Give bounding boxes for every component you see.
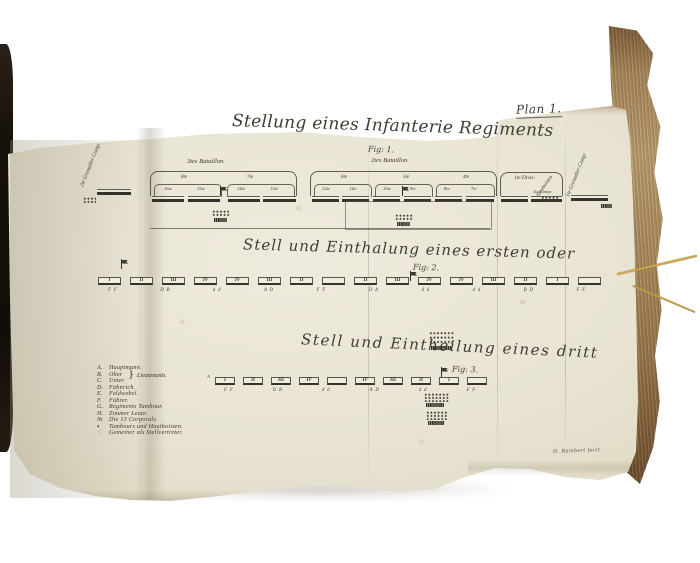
guide-letters: A D bbox=[370, 389, 380, 394]
guide-letters: B D bbox=[524, 289, 534, 294]
company-label: 14te bbox=[237, 187, 245, 192]
grenadier-left-label: 2te Grenadier Comp: bbox=[80, 142, 103, 188]
base-line bbox=[150, 228, 490, 229]
grenadier-right-label: 1te Grenadier Comp: bbox=[566, 152, 589, 198]
platoon-box: III bbox=[271, 377, 291, 385]
guide-letters: d d bbox=[213, 289, 221, 294]
platoon-box: III bbox=[383, 377, 403, 385]
fig2-title: Stell und Einthalung eines ersten oder bbox=[243, 235, 576, 262]
company-bar bbox=[312, 196, 339, 202]
colour-flag-icon bbox=[441, 367, 449, 377]
company-label: 13te bbox=[270, 187, 278, 192]
platoon-box: III bbox=[258, 277, 281, 285]
troop-dots-icon bbox=[83, 197, 96, 203]
tambour-block-icon bbox=[214, 218, 227, 222]
engraver-signature: H. Rambert fecit. bbox=[553, 447, 602, 455]
fig1-title: Stellung eines Infanterie Regiments bbox=[232, 111, 554, 141]
division-label: 6te bbox=[341, 175, 347, 180]
tambour-block-icon bbox=[601, 204, 612, 208]
platoon-box bbox=[467, 377, 487, 385]
troop-dots-icon bbox=[426, 411, 448, 420]
platoon-box: IV bbox=[355, 377, 375, 385]
guide-letters: d d bbox=[422, 289, 430, 294]
platoon-box: IV bbox=[194, 277, 217, 285]
platoon-box: IV bbox=[450, 277, 473, 285]
company-label: 8te bbox=[444, 187, 450, 192]
legend-label: Gemeiner als Stellvertreter. bbox=[109, 430, 183, 437]
guide-letters: d d bbox=[322, 389, 330, 394]
platoon-box: I bbox=[98, 277, 121, 285]
tambour-block-icon bbox=[428, 421, 444, 425]
platoon-box: IV bbox=[226, 277, 249, 285]
troop-dots-icon bbox=[212, 210, 230, 217]
company-bar bbox=[97, 189, 131, 195]
engraved-plate-content: Plan 1. Stellung eines Infanterie Regime… bbox=[0, 0, 700, 563]
platoon-box: IV bbox=[299, 377, 319, 385]
guide-letters: D B bbox=[160, 289, 170, 294]
division1-bracket: 1te Divis: bbox=[500, 172, 563, 196]
fig3-row: IIIIIIIVIVIIIIII bbox=[215, 377, 487, 385]
company-label: 9te bbox=[410, 187, 416, 192]
platoon-box: III bbox=[482, 277, 505, 285]
platoon-box: II bbox=[354, 277, 377, 285]
fig2-row: IIIIIIIVIVIIIIIIIIIIIVIVIIIIII bbox=[98, 277, 601, 285]
division-label: 5te bbox=[403, 175, 409, 180]
troop-dots-icon bbox=[424, 393, 450, 402]
fig2-letters: F FD Bd dA DF FD Ad dd dB DF F bbox=[108, 289, 586, 294]
hautboisten-dots-icon bbox=[541, 196, 558, 203]
colour-flag-icon bbox=[402, 186, 410, 196]
platoon-box bbox=[322, 277, 345, 285]
tambour-block-icon bbox=[426, 403, 444, 407]
company-label: 11te bbox=[349, 187, 357, 192]
platoon-box bbox=[578, 277, 601, 285]
legend-brace-label: Lieutenants. bbox=[137, 373, 167, 379]
guide-letters: A D bbox=[264, 289, 274, 294]
fig1-label: Fig: 1. bbox=[368, 145, 394, 155]
company-label: 16te bbox=[164, 187, 172, 192]
guide-letters: F F bbox=[467, 389, 476, 394]
guide-letters: D B bbox=[273, 389, 283, 394]
position-outline bbox=[345, 201, 492, 230]
plan-number-label: Plan 1. bbox=[516, 101, 562, 119]
platoon-box: I bbox=[439, 377, 459, 385]
division-label: 7te bbox=[247, 175, 253, 180]
platoon-box: II bbox=[290, 277, 313, 285]
division-label: 4te bbox=[463, 175, 469, 180]
platoon-box: IV bbox=[418, 277, 441, 285]
guide-letters: D A bbox=[369, 289, 379, 294]
platoon-box: III bbox=[386, 277, 409, 285]
company-bar bbox=[152, 196, 184, 202]
platoon-box: II bbox=[514, 277, 537, 285]
company-label: 7te bbox=[471, 187, 477, 192]
colour-flag-icon bbox=[220, 186, 228, 196]
guide-letters: d d bbox=[473, 289, 481, 294]
battalion3-label: 3tes Bataillon. bbox=[187, 159, 225, 166]
fig3-label: Fig: 3. bbox=[452, 365, 478, 375]
guide-letters: F F bbox=[108, 289, 117, 294]
legend-list: } Lieutenants. A.Hauptmann.B.OberC.Unter… bbox=[97, 365, 247, 437]
colour-flag-icon bbox=[121, 259, 129, 269]
company-label: 15te bbox=[197, 187, 205, 192]
platoon-box: I bbox=[546, 277, 569, 285]
division-label: 8te bbox=[181, 175, 187, 180]
legend-brace: } bbox=[128, 370, 134, 380]
company-label: 10te bbox=[383, 187, 391, 192]
platoon-box: II bbox=[411, 377, 431, 385]
platoon-box: III bbox=[162, 277, 185, 285]
battalion2-label: 2tes Bataillon. bbox=[371, 158, 409, 165]
company-bar bbox=[571, 195, 608, 201]
legend-key: ⁖ bbox=[97, 430, 106, 437]
legend-item: ⁖Gemeiner als Stellvertreter. bbox=[97, 430, 247, 437]
company-bar bbox=[501, 196, 528, 202]
company-bar bbox=[228, 196, 260, 202]
guide-letters: F F bbox=[317, 289, 326, 294]
division1-label: 1te Divis: bbox=[514, 176, 535, 181]
company-bar bbox=[188, 196, 220, 202]
platoon-box bbox=[327, 377, 347, 385]
company-bar bbox=[263, 196, 296, 202]
platoon-box: II bbox=[130, 277, 153, 285]
guide-letters: F F bbox=[576, 289, 585, 294]
book-photo: Plan 1. Stellung eines Infanterie Regime… bbox=[0, 0, 700, 563]
company-label: 12te bbox=[322, 187, 330, 192]
